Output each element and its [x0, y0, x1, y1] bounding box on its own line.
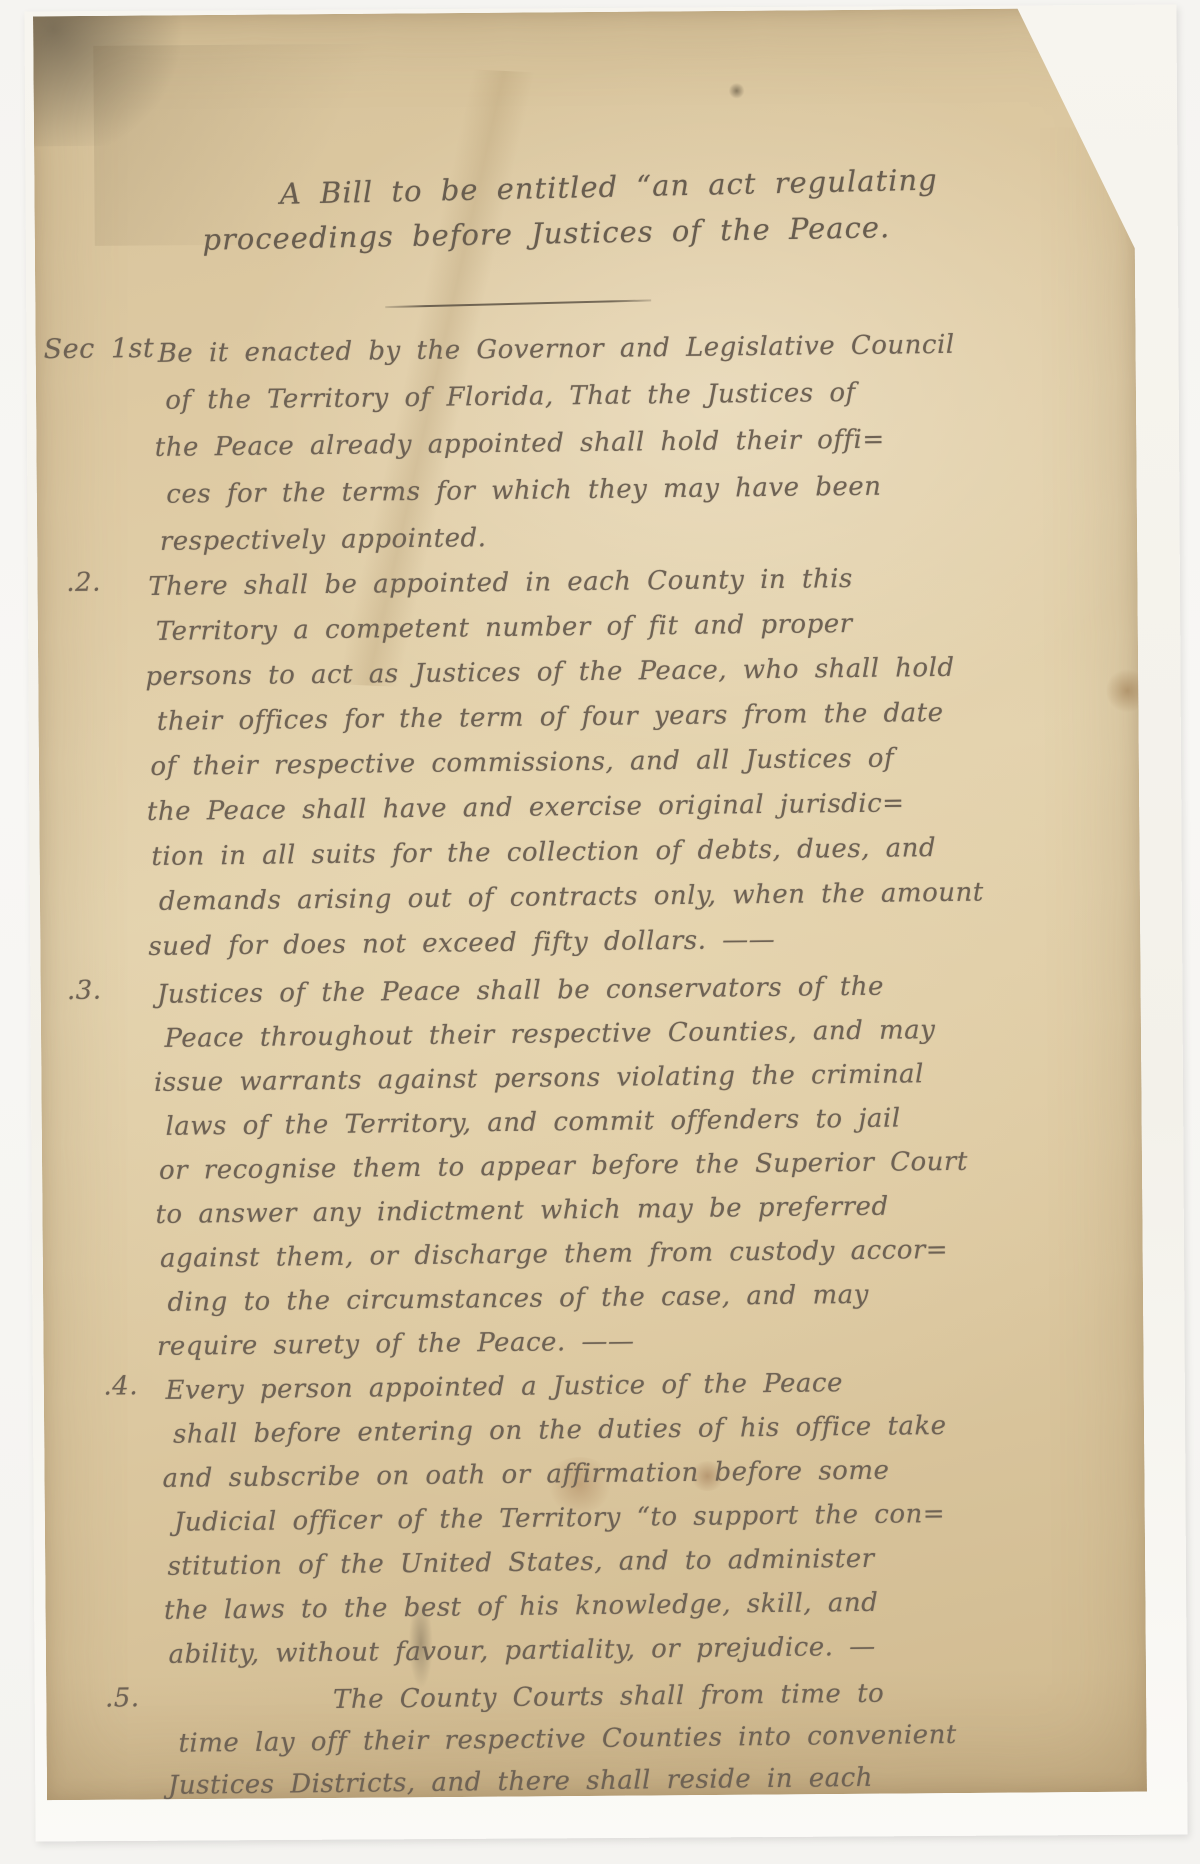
section-5: .5. The County Courts shall from time to… [49, 1670, 1110, 1808]
section-3: .3. Justices of the Peace shall be conse… [41, 962, 1105, 1370]
section-label: .5. [105, 1683, 140, 1713]
text-line: sued for does not exceed fifty dollars. … [148, 914, 1096, 970]
separator-rule [385, 299, 651, 308]
section-text: There shall be appointed in each County … [148, 554, 1101, 970]
document-title-line-1: A Bill to be entitled “an act regulating [280, 163, 938, 211]
section-text: The County Courts shall from time totime… [171, 1670, 1110, 1807]
handwritten-text-layer: A Bill to be entitled “an act regulating… [30, 6, 1150, 1802]
section-2: .2. There shall be appointed in each Cou… [36, 554, 1101, 971]
section-text: Justices of the Peace shall be conservat… [157, 962, 1105, 1369]
section-1: Sec 1st Be it enacted by the Governor an… [33, 320, 1096, 567]
section-label: Sec 1st [44, 333, 155, 365]
section-label: .4. [103, 1371, 138, 1401]
paper-sheet: A Bill to be entitled “an act regulating… [33, 8, 1147, 1801]
section-text: Every person appointed a Justice of the … [165, 1358, 1108, 1677]
section-label: .2. [66, 568, 101, 598]
section-label: .3. [67, 976, 102, 1006]
scanned-manuscript-page: { "document": { "kind": "handwritten man… [0, 0, 1200, 1864]
section-4: .4. Every person appointed a Justice of … [45, 1358, 1108, 1678]
document-title-line-2: proceedings before Justices of the Peace… [202, 210, 890, 257]
section-text: Be it enacted by the Governor and Legisl… [157, 320, 1096, 566]
